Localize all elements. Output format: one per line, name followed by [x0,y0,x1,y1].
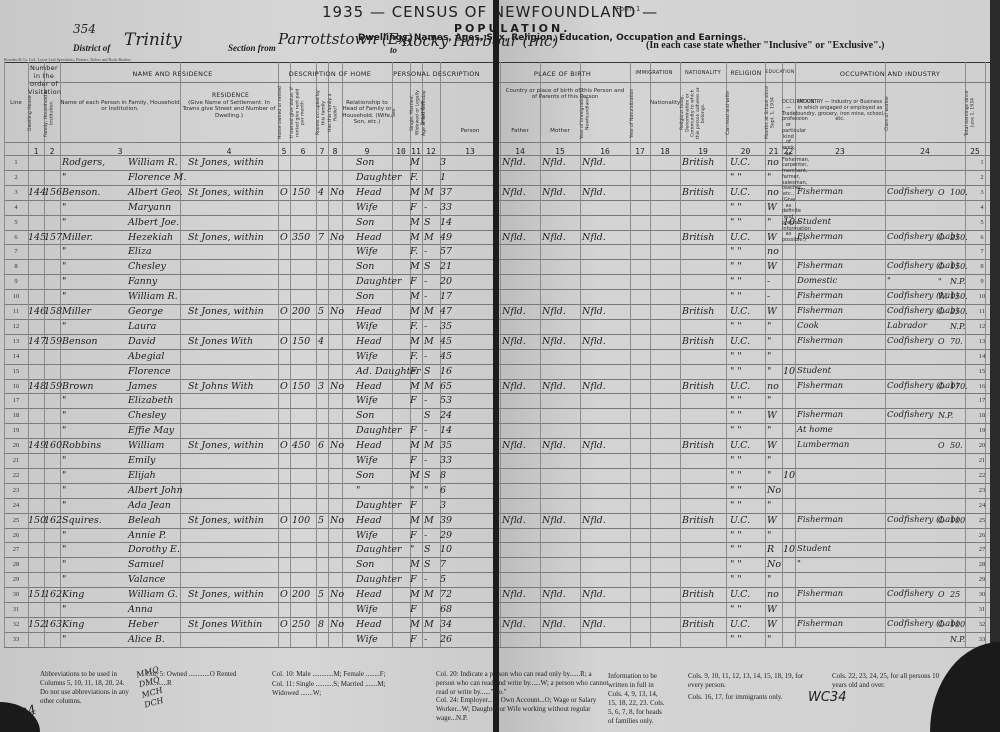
cell-radio [330,498,342,513]
cell-sex: F [410,572,422,587]
cell-earnings: N.P. [950,274,966,289]
cell-age: 33 [440,453,456,468]
cell-school [783,602,795,617]
line-number: 18 [4,408,28,423]
cell-relation: Son [356,408,408,423]
cell-school [783,617,795,632]
cell-religion: " " [730,602,764,617]
cell-value: 150 [292,334,316,349]
cell-relation: Daughter [356,542,408,557]
cell-given: Albert Joe. [128,215,188,230]
cell-given: Elijah [128,468,188,483]
cell-sex: F [410,453,422,468]
cell-relation: Head [356,185,408,200]
group-place-of-birth: PLACE OF BIRTH [500,70,625,78]
cell-surname: " [62,498,132,513]
cell-mother [582,557,618,572]
line-number: 6 [4,230,28,245]
cell-birth: Nfld. [502,617,538,632]
footer-col10: Col. 10: Male ............M; Female ....… [272,670,412,679]
cell-birth [502,215,538,230]
cell-owned [280,200,290,215]
cell-nationality: British [682,304,726,319]
cell-father: Nfld. [542,304,578,319]
cell-dwelling [28,244,44,259]
cell-surname: King [62,617,132,632]
cell-given: Florence [128,364,188,379]
cell-marital: - [424,349,440,364]
cell-sex: M [410,557,422,572]
cell-radio [330,349,342,364]
cell-surname: " [62,289,132,304]
cell-residence [188,542,278,557]
cell-owned [280,408,290,423]
cell-marital: S [424,542,440,557]
cell-relation: Head [356,513,408,528]
cell-nationality [682,602,726,617]
cell-given: Chesley [128,259,188,274]
cell-read: " [767,349,781,364]
cell-earnings: 250. [950,304,968,319]
cell-birth [502,453,538,468]
table-row: 1414AbegialWifeF.-45" "" [0,349,1000,364]
cell-surname: Squires. [62,513,132,528]
cell-value [292,483,316,498]
cell-relation: Wife [356,528,408,543]
cell-given: Abegial [128,349,188,364]
line-number-right: 23 [975,483,989,498]
cell-given: Maryann [128,200,188,215]
cell-nationality [682,453,726,468]
cell-birth: Nfld. [502,304,538,319]
cell-owned [280,528,290,543]
cell-read: W [767,438,781,453]
cell-sex: M [410,334,422,349]
cell-read: W [767,408,781,423]
line-number-right: 6 [975,230,989,245]
cell-earnings [950,453,966,468]
column-header-25: Total earnings since June 1, 1934 [965,86,985,140]
cell-religion: U.C. [730,587,764,602]
cell-owned [280,393,290,408]
line-number-right: 19 [975,423,989,438]
cell-given: Fanny [128,274,188,289]
cell-birth: Nfld. [502,155,538,170]
cell-birth [502,289,538,304]
cell-read: " [767,334,781,349]
cell-religion: " " [730,259,764,274]
cell-father [542,528,578,543]
cell-religion: " " [730,349,764,364]
cell-birth: Nfld. [502,587,538,602]
cell-read: - [767,274,781,289]
cell-occupation: Fisherman [797,259,883,274]
cell-family: 159 [44,334,62,349]
cell-sex: M [410,617,422,632]
cell-school [783,408,795,423]
table-row: 1212"LauraWifeF.-35" ""CookLabradorN.P. [0,319,1000,334]
cell-marital: M [424,587,440,602]
cell-value [292,572,316,587]
cell-read: no [767,587,781,602]
footer-cols-every: Cols. 9, 10, 11, 12, 13, 14, 15, 18, 19,… [688,672,808,690]
cell-worker [938,498,948,513]
cell-relation: Daughter [356,423,408,438]
line-number: 17 [4,393,28,408]
cell-worker [938,393,948,408]
cell-value [292,528,316,543]
cell-marital: M [424,617,440,632]
cell-value [292,170,316,185]
cell-rooms [318,408,328,423]
section-to-label: to [390,45,397,55]
document-title: 1935 — CENSUS OF NEWFOUNDLAND — [322,3,658,21]
cell-occupation: Fisherman [797,334,883,349]
line-number: 26 [4,528,28,543]
cell-family [44,632,60,647]
cell-earnings [950,528,966,543]
line-number: 24 [4,498,28,513]
cell-father [542,244,578,259]
cell-earnings [950,498,966,513]
cell-worker [938,602,948,617]
footer-col11: Col. 11: Single ..........S; Married ...… [272,680,412,698]
group-immigration: IMMIGRATION [630,70,678,76]
inclusive-note: (In each case state whether "Inclusive" … [646,40,884,51]
cell-dwelling [28,498,44,513]
cell-dwelling [28,572,44,587]
cell-earnings [950,483,966,498]
cell-school [783,557,795,572]
line-number: 7 [4,244,28,259]
cell-earnings: 100 [950,513,966,528]
line-number-right: 1 [975,155,989,170]
cell-dwelling [28,215,44,230]
cell-family: 160 [44,438,62,453]
cell-marital: " [424,483,440,498]
table-row: 1717"ElizabethWifeF-53" "" [0,393,1000,408]
cell-read: " [767,393,781,408]
cell-mother [582,528,618,543]
cell-rooms [318,155,328,170]
table-row: 2121"EmilyWifeF-33" "" [0,453,1000,468]
cell-earnings: 25 [950,587,966,602]
cell-father [542,453,578,468]
cell-age: 20 [440,274,456,289]
cell-rooms [318,289,328,304]
cell-occupation [797,572,883,587]
cell-surname: " [62,259,132,274]
cell-family [44,483,60,498]
cell-marital [424,170,440,185]
cell-birth [502,542,538,557]
column-header-6: If owned give Value. If rented give rent… [290,86,316,140]
cell-value: 150 [292,379,316,394]
line-number: 28 [4,557,28,572]
line-number: 22 [4,468,28,483]
cell-marital: M [424,185,440,200]
cell-marital: M [424,438,440,453]
cell-earnings [950,349,966,364]
cell-marital: S [424,364,440,379]
line-number-right: 12 [975,319,989,334]
cell-worker: O [938,587,948,602]
cell-family: 157 [44,230,62,245]
footer-col24: Col. 24: Employer...E; Own Account...O; … [436,696,611,723]
cell-mother: Nfld. [582,155,618,170]
cell-occupation [797,393,883,408]
cell-birth [502,528,538,543]
column-header-20: Can read and write [726,86,765,140]
cell-dwelling [28,393,44,408]
cell-rooms: 5 [318,304,328,319]
cell-mother [582,483,618,498]
cell-birth [502,364,538,379]
cell-sex: F [410,632,422,647]
line-number: 25 [4,513,28,528]
cell-family: 156 [44,185,62,200]
cell-age: 57 [440,244,456,259]
cell-sex: M [410,155,422,170]
cell-read: W [767,602,781,617]
cell-radio [330,468,342,483]
cell-surname [62,349,132,364]
cell-occupation: Lumberman [797,438,883,453]
table-row: 2020149160RobbinsWilliamSt Jones, within… [0,438,1000,453]
cell-sex: M [410,230,422,245]
cell-value [292,453,316,468]
line-number: 23 [4,483,28,498]
cell-radio [330,542,342,557]
cell-residence [188,453,278,468]
cell-nationality [682,289,726,304]
cell-age: 49 [440,230,456,245]
line-number: 27 [4,542,28,557]
cell-nationality: British [682,185,726,200]
line-number: 31 [4,602,28,617]
cell-occupation: Student [797,364,883,379]
cell-occupation: Student [797,542,883,557]
table-row: 55"Albert Joe.SonMS14" ""10Student [0,215,1000,230]
cell-nationality: British [682,513,726,528]
cell-value: 150 [292,185,316,200]
cell-given: Valance [128,572,188,587]
cell-religion: " " [730,170,764,185]
table-row: 2626"Annie P.WifeF-29" "" [0,528,1000,543]
cell-nationality: British [682,587,726,602]
column-header-17: Year of Naturalization [630,86,650,140]
cell-occupation: Fisherman [797,289,883,304]
line-number-right: 28 [975,557,989,572]
cell-age: 10 [440,542,456,557]
cell-owned [280,602,290,617]
cell-father [542,408,578,423]
cell-family [44,393,60,408]
cell-occupation: Cook [797,319,883,334]
cell-family [44,364,60,379]
cell-occupation [797,170,883,185]
cell-earnings: 150. [950,259,968,274]
right-page-edge [990,0,1000,732]
cell-owned [280,453,290,468]
cell-rooms [318,468,328,483]
cell-dwelling [28,200,44,215]
cell-occupation [797,602,883,617]
cell-relation: Wife [356,200,408,215]
cell-value [292,349,316,364]
cell-given: Laura [128,319,188,334]
cell-surname: " [62,602,132,617]
cell-sex: " [410,483,422,498]
cell-nationality [682,200,726,215]
cell-mother [582,453,618,468]
cell-family [44,259,60,274]
table-row: 2424"Ada JeanDaughterF3" "" [0,498,1000,513]
cell-marital [424,155,440,170]
cell-father: Nfld. [542,617,578,632]
cell-rooms [318,274,328,289]
cell-nationality: British [682,155,726,170]
table-row: 3030151162KingWilliam G.St Jones, within… [0,587,1000,602]
cell-sex: " [410,542,422,557]
cell-value: 350 [292,230,316,245]
cell-read: W [767,513,781,528]
cell-school [783,393,795,408]
cell-occupation [797,349,883,364]
cell-birth [502,319,538,334]
cell-given: Albert John [128,483,188,498]
cell-worker [938,483,948,498]
cell-residence [188,349,278,364]
cell-occupation [797,632,883,647]
cell-read: " [767,364,781,379]
cell-worker [938,468,948,483]
cell-marital: S [424,468,440,483]
cell-read: - [767,289,781,304]
grid-line [28,82,990,83]
cell-read: " [767,528,781,543]
cell-given: Elizabeth [128,393,188,408]
cell-residence [188,423,278,438]
cell-sex: M [410,438,422,453]
cell-radio [330,319,342,334]
cell-value [292,289,316,304]
table-row: 1818"ChesleySonS24" "WFishermanCodfisher… [0,408,1000,423]
cell-birth [502,408,538,423]
cell-worker [938,319,948,334]
cell-residence: St Jones, within [188,513,278,528]
cell-sex: M [410,379,422,394]
cell-father [542,483,578,498]
cell-religion: " " [730,274,764,289]
cell-age: 39 [440,513,456,528]
cell-surname: " [62,468,132,483]
cell-relation: Head [356,334,408,349]
cell-father [542,274,578,289]
cell-school [783,289,795,304]
cell-surname: Benson [62,334,132,349]
cell-mother [582,319,618,334]
cell-sex: M [410,304,422,319]
cell-value [292,468,316,483]
cell-value [292,319,316,334]
form-label: Form 1 [616,5,640,13]
cell-dwelling [28,528,44,543]
section-to: Rocky Harbour (Inc) [402,32,558,50]
cell-relation: Son [356,289,408,304]
cell-residence: St Jones, within [188,304,278,319]
cell-sex: M [410,587,422,602]
cell-read: no [767,185,781,200]
line-number-right: 18 [975,408,989,423]
cell-religion: " " [730,319,764,334]
cell-age: 35 [440,438,456,453]
cell-rooms [318,200,328,215]
cell-surname: " [62,274,132,289]
cell-value [292,364,316,379]
footer-col20: Col. 20: Indicate a person who can read … [436,670,611,697]
cell-value [292,215,316,230]
table-row: 2222"ElijahSonMS8" ""10 [0,468,1000,483]
cell-residence [188,244,278,259]
cell-radio [330,528,342,543]
cell-nationality [682,542,726,557]
cell-owned: O [280,304,290,319]
cell-occupation: Fisherman [797,408,883,423]
cell-owned [280,244,290,259]
cell-earnings: 50. [950,438,966,453]
cell-given: Hezekiah [128,230,188,245]
cell-radio [330,602,342,617]
cell-age: 16 [440,364,456,379]
cell-religion: " " [730,453,764,468]
cell-worker [938,557,948,572]
cell-age: 65 [440,379,456,394]
cell-read: W [767,304,781,319]
cell-dwelling [28,349,44,364]
cell-birth [502,572,538,587]
cell-relation: Wife [356,319,408,334]
cell-relation: Daughter [356,170,408,185]
cell-given: Anna [128,602,188,617]
cell-nationality [682,483,726,498]
cell-rooms: 8 [318,617,328,632]
column-header-7: Rooms occupied by this family [316,86,328,140]
cell-occupation: Domestic [797,274,883,289]
cell-read: " [767,572,781,587]
cell-father [542,319,578,334]
cell-radio: No [330,379,344,394]
cell-age: 35 [440,319,456,334]
cell-family [44,453,60,468]
cell-relation: Head [356,617,408,632]
line-number-right: 7 [975,244,989,259]
cell-marital: - [424,200,440,215]
cell-mother: Nfld. [582,438,618,453]
cell-residence: St Jones, within [188,587,278,602]
line-number-right: 20 [975,438,989,453]
cell-age: 53 [440,393,456,408]
cell-mother: Nfld. [582,379,618,394]
cell-birth [502,632,538,647]
cell-given: Albert Geo. [128,185,188,200]
cell-worker: O [938,230,948,245]
cell-read: no [767,244,781,259]
cell-radio [330,393,342,408]
table-row: 2525150162Squires.BeleahSt Jones, within… [0,513,1000,528]
cell-worker: O [938,259,948,274]
cell-age: 21 [440,259,456,274]
